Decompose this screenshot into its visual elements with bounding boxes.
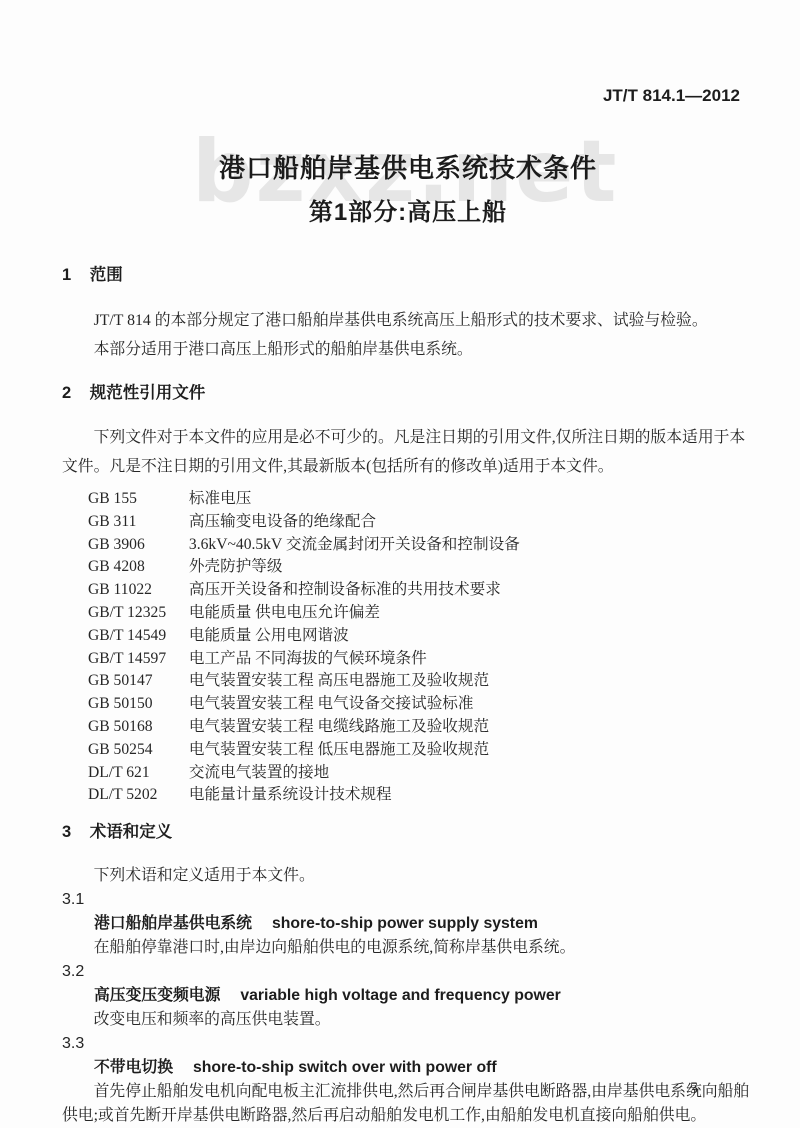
reference-row: DL/T 621 交流电气装置的接地	[62, 762, 754, 785]
reference-title: 电气装置安装工程 电缆线路施工及验收规范	[189, 718, 489, 735]
reference-title: 电气装置安装工程 高压电器施工及验收规范	[189, 672, 489, 689]
page-content: JT/T 814.1—2012 港口船舶岸基供电系统技术条件 第1部分:高压上船…	[0, 0, 800, 1128]
doc-title: 港口船舶岸基供电系统技术条件 第1部分:高压上船	[62, 148, 754, 227]
reference-title: 交流电气装置的接地	[189, 764, 329, 781]
definition-term-english: shore-to-ship switch over with power off	[193, 1059, 497, 1076]
reference-row: DL/T 5202 电能量计量系统设计技术规程	[62, 784, 754, 807]
reference-row: GB 4208 外壳防护等级	[62, 556, 754, 579]
reference-row: GB/T 14549 电能质量 公用电网谐波	[62, 625, 754, 648]
reference-row: GB 50147 电气装置安装工程 高压电器施工及验收规范	[62, 670, 754, 693]
reference-title: 电能质量 公用电网谐波	[189, 627, 349, 644]
section-3-number: 3	[62, 823, 71, 842]
reference-row: GB 155 标准电压	[62, 488, 754, 511]
reference-code: GB 3906	[88, 534, 185, 557]
definition-body: 改变电压和频率的高压供电装置。	[62, 1008, 754, 1032]
scope-paragraph-1: JT/T 814 的本部分规定了港口船舶岸基供电系统高压上船形式的技术要求、试验…	[62, 306, 754, 335]
definition-item: 3.3 不带电切换 shore-to-ship switch over with…	[62, 1032, 754, 1128]
terms-and-definitions: 下列术语和定义适用于本文件。 3.1 港口船舶岸基供电系统 shore-to-s…	[62, 864, 754, 1128]
reference-code: GB/T 14597	[88, 648, 185, 671]
definition-term: 高压变压变频电源	[94, 987, 220, 1004]
reference-row: GB 3906 3.6kV~40.5kV 交流金属封闭开关设备和控制设备	[62, 534, 754, 557]
reference-row: GB 311 高压输变电设备的绝缘配合	[62, 511, 754, 534]
definition-body: 在船舶停靠港口时,由岸边向船舶供电的电源系统,简称岸基供电系统。	[62, 936, 754, 960]
reference-row: GB 50254 电气装置安装工程 低压电器施工及验收规范	[62, 739, 754, 762]
section-3-heading: 3 术语和定义	[62, 818, 754, 842]
definition-number: 3.3	[62, 1032, 754, 1056]
reference-code: GB/T 14549	[88, 625, 185, 648]
definition-term-english: shore-to-ship power supply system	[272, 915, 538, 932]
doc-code: JT/T 814.1—2012	[62, 86, 754, 106]
reference-title: 电工产品 不同海拔的气候环境条件	[189, 650, 427, 667]
section-2-label: 规范性引用文件	[90, 384, 206, 402]
document-page: bzxz.net JT/T 814.1—2012 港口船舶岸基供电系统技术条件 …	[0, 0, 800, 1128]
reference-code: GB 50150	[88, 693, 185, 716]
section-3-label: 术语和定义	[90, 823, 173, 841]
terms-intro: 下列术语和定义适用于本文件。	[62, 864, 754, 888]
reference-code: DL/T 621	[88, 762, 185, 785]
section-2-number: 2	[62, 384, 71, 403]
references-intro: 下列文件对于本文件的应用是必不可少的。凡是注日期的引用文件,仅所注日期的版本适用…	[62, 423, 754, 481]
definition-term-line: 高压变压变频电源 variable high voltage and frequ…	[62, 984, 754, 1008]
reference-code: GB 155	[88, 488, 185, 511]
reference-code: GB 311	[88, 511, 185, 534]
section-1-heading: 1 范围	[62, 261, 754, 285]
definition-number: 3.2	[62, 960, 754, 984]
definition-number: 3.1	[62, 888, 754, 912]
reference-code: GB 50254	[88, 739, 185, 762]
reference-title: 电能质量 供电电压允许偏差	[189, 604, 380, 621]
definition-body: 首先停止船舶发电机向配电板主汇流排供电,然后再合闸岸基供电断路器,由岸基供电系统…	[62, 1080, 754, 1128]
section-2-heading: 2 规范性引用文件	[62, 379, 754, 403]
reference-title: 标准电压	[189, 490, 251, 507]
definition-term-line: 港口船舶岸基供电系统 shore-to-ship power supply sy…	[62, 912, 754, 936]
doc-title-line2: 第1部分:高压上船	[62, 192, 754, 227]
reference-title: 外壳防护等级	[189, 558, 283, 575]
reference-title: 高压输变电设备的绝缘配合	[189, 513, 376, 530]
doc-title-line1: 港口船舶岸基供电系统技术条件	[62, 148, 754, 185]
reference-code: GB/T 12325	[88, 602, 185, 625]
reference-row: GB 50150 电气装置安装工程 电气设备交接试验标准	[62, 693, 754, 716]
definition-item: 3.2 高压变压变频电源 variable high voltage and f…	[62, 960, 754, 1032]
reference-code: GB 4208	[88, 556, 185, 579]
definition-item: 3.1 港口船舶岸基供电系统 shore-to-ship power suppl…	[62, 888, 754, 960]
scope-paragraph-2: 本部分适用于港口高压上船形式的船舶岸基供电系统。	[62, 335, 754, 364]
reference-title: 高压开关设备和控制设备标准的共用技术要求	[189, 581, 501, 598]
reference-title: 电气装置安装工程 低压电器施工及验收规范	[189, 741, 489, 758]
page-number: 5	[690, 1080, 698, 1098]
reference-title: 电气装置安装工程 电气设备交接试验标准	[189, 695, 474, 712]
reference-code: DL/T 5202	[88, 784, 185, 807]
references-list: GB 155 标准电压 GB 311 高压输变电设备的绝缘配合 GB 3906 …	[62, 488, 754, 807]
definition-term-line: 不带电切换 shore-to-ship switch over with pow…	[62, 1056, 754, 1080]
reference-code: GB 11022	[88, 579, 185, 602]
reference-title: 3.6kV~40.5kV 交流金属封闭开关设备和控制设备	[189, 536, 520, 553]
section-1-number: 1	[62, 266, 71, 285]
reference-title: 电能量计量系统设计技术规程	[189, 786, 392, 803]
definition-term-english: variable high voltage and frequency powe…	[240, 987, 560, 1004]
definition-term: 不带电切换	[94, 1059, 173, 1076]
reference-code: GB 50147	[88, 670, 185, 693]
reference-row: GB 11022 高压开关设备和控制设备标准的共用技术要求	[62, 579, 754, 602]
reference-row: GB 50168 电气装置安装工程 电缆线路施工及验收规范	[62, 716, 754, 739]
section-1-label: 范围	[90, 266, 123, 284]
reference-row: GB/T 14597 电工产品 不同海拔的气候环境条件	[62, 648, 754, 671]
definition-term: 港口船舶岸基供电系统	[94, 915, 252, 932]
reference-code: GB 50168	[88, 716, 185, 739]
section-1-body: JT/T 814 的本部分规定了港口船舶岸基供电系统高压上船形式的技术要求、试验…	[62, 306, 754, 364]
reference-row: GB/T 12325 电能质量 供电电压允许偏差	[62, 602, 754, 625]
